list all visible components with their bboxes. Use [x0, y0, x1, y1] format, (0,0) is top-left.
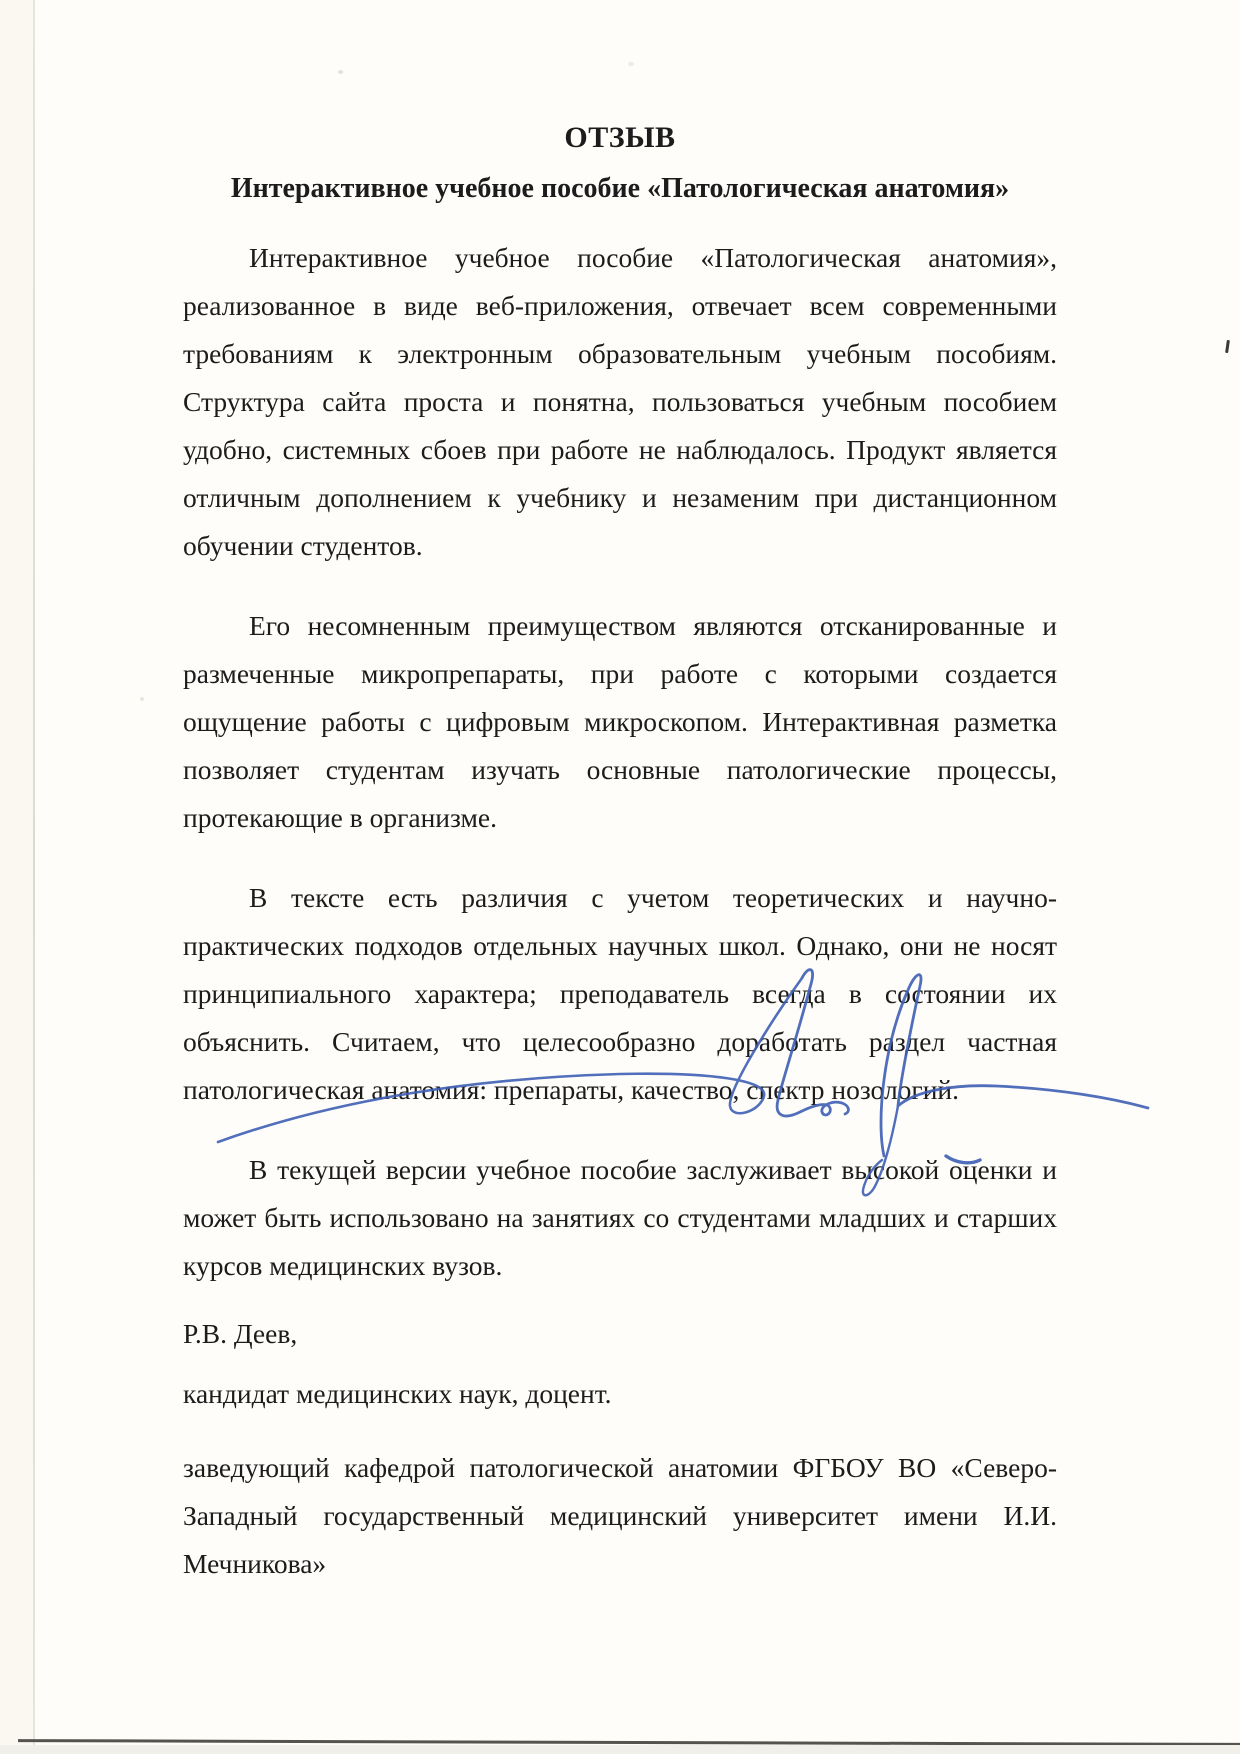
scan-speck	[140, 697, 144, 701]
document-subtitle: Интерактивное учебное пособие «Патологич…	[183, 170, 1057, 208]
paragraph-4: В текущей версии учебное пособие заслужи…	[183, 1146, 1057, 1290]
signer-degree: кандидат медицинских наук, доцент.	[183, 1370, 1057, 1418]
scan-speck-mark	[1225, 340, 1230, 353]
scan-speck	[628, 62, 634, 66]
scan-left-edge-strip	[0, 0, 33, 1754]
scan-below-edge-area	[0, 1745, 1240, 1754]
signer-position: заведующий кафедрой патологической анато…	[183, 1444, 1057, 1588]
scanned-review-document: ОТЗЫВ Интерактивное учебное пособие «Пат…	[0, 0, 1240, 1754]
scan-fold-line	[33, 0, 35, 1754]
document-title: ОТЗЫВ	[183, 120, 1057, 156]
signer-name: Р.В. Деев,	[183, 1310, 1057, 1358]
scan-speck	[338, 70, 343, 74]
paragraph-2: Его несомненным преимуществом являются о…	[183, 602, 1057, 842]
paragraph-3: В тексте есть различия с учетом теоретич…	[183, 874, 1057, 1114]
paragraph-1: Интерактивное учебное пособие «Патологич…	[183, 234, 1057, 570]
